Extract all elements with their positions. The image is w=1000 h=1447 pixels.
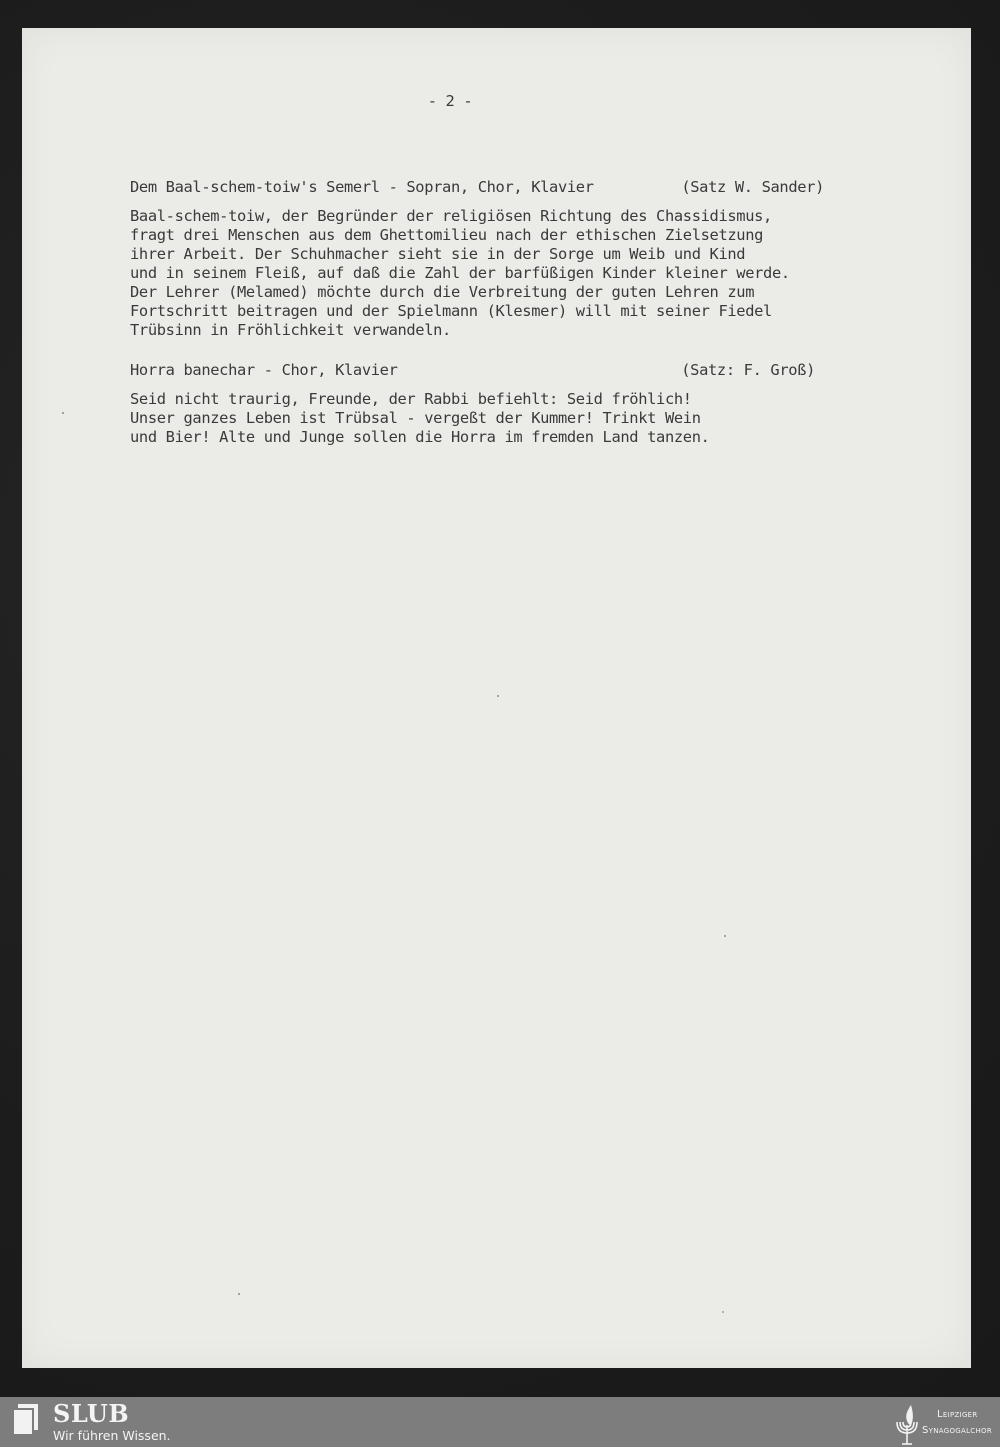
entry-credit: (Satz: F. Groß) [681, 361, 815, 380]
entry-heading-row: Dem Baal-schem-toiw's Semerl - Sopran, C… [130, 178, 810, 198]
entry-title: Horra banechar - Chor, Klavier [130, 361, 397, 380]
paper-speck [62, 412, 64, 414]
slub-tagline: Wir führen Wissen. [53, 1428, 171, 1443]
entry-heading-row: Horra banechar - Chor, Klavier (Satz: F.… [130, 361, 810, 381]
description-line: ihrer Arbeit. Der Schuhmacher sieht sie … [130, 245, 790, 264]
entry-title: Dem Baal-schem-toiw's Semerl - Sopran, C… [130, 178, 594, 197]
slub-brand[interactable]: SLUB [53, 1399, 129, 1428]
menorah-flame-icon [893, 1403, 925, 1445]
page-number: - 2 - [420, 92, 480, 111]
description-line: Der Lehrer (Melamed) möchte durch die Ve… [130, 283, 790, 302]
choir-brand-line1[interactable]: Leipziger [937, 1409, 978, 1420]
description-line: Trübsinn in Fröhlichkeit verwandeln. [130, 321, 790, 340]
paper-speck [722, 1311, 724, 1313]
entry-description: Seid nicht traurig, Freunde, der Rabbi b… [130, 390, 710, 447]
description-line: Baal-schem-toiw, der Begründer der relig… [130, 207, 790, 226]
description-line: und in seinem Fleiß, auf daß die Zahl de… [130, 264, 790, 283]
choir-brand-line2[interactable]: Synagogalchor [922, 1425, 992, 1436]
description-line: fragt drei Menschen aus dem Ghettomilieu… [130, 226, 790, 245]
entry-credit: (Satz W. Sander) [681, 178, 824, 197]
paper-speck [724, 935, 726, 937]
description-line: Seid nicht traurig, Freunde, der Rabbi b… [130, 390, 710, 409]
footer-bar: SLUB Wir führen Wissen. Leipziger Synago… [0, 1397, 1000, 1447]
description-line: Unser ganzes Leben ist Trübsal - vergeßt… [130, 409, 710, 428]
book-pages-icon [14, 1404, 40, 1436]
paper-speck [497, 695, 499, 697]
paper-speck [238, 1293, 240, 1295]
description-line: und Bier! Alte und Junge sollen die Horr… [130, 428, 710, 447]
entry-description: Baal-schem-toiw, der Begründer der relig… [130, 207, 790, 340]
description-line: Fortschritt beitragen und der Spielmann … [130, 302, 790, 321]
